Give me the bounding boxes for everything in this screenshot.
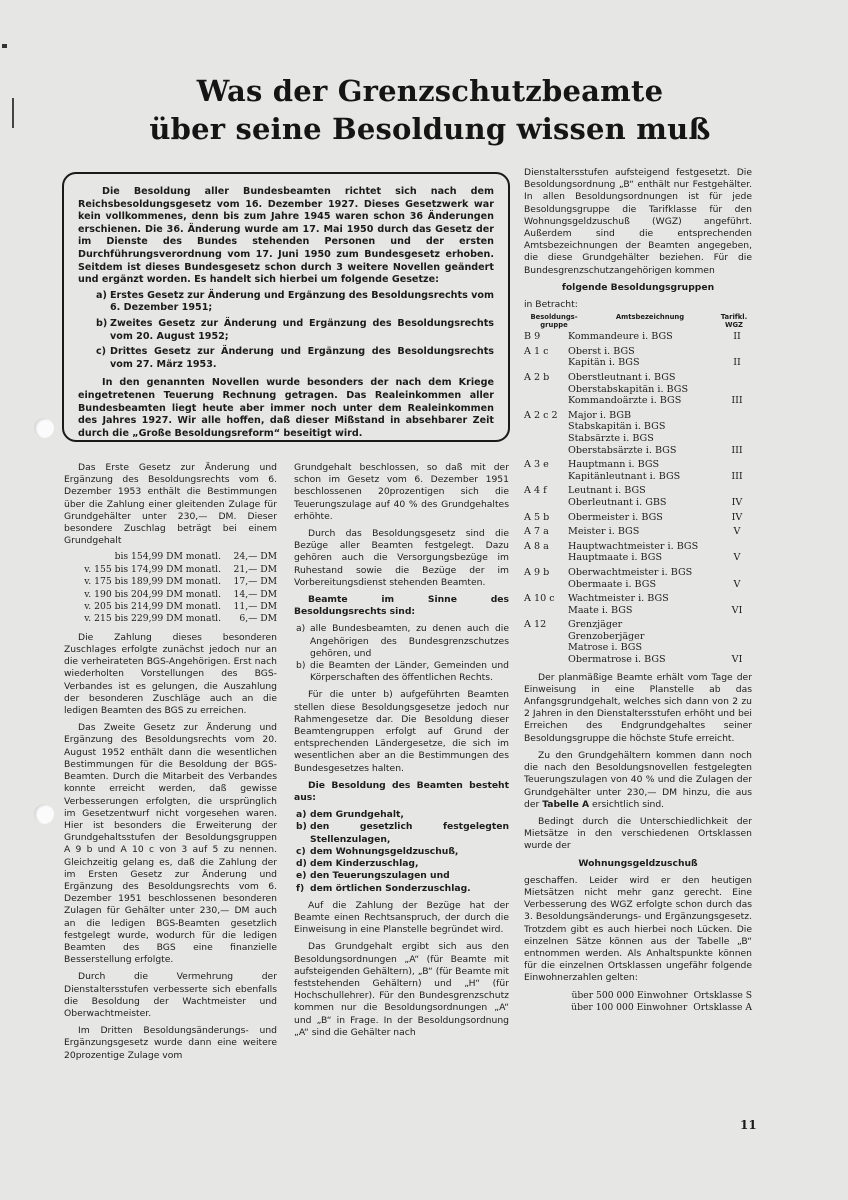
grade-title: Oberleutnant i. GBS [568, 497, 722, 509]
grades-table: B 9 Kommandeure i. BGS II A 1 c Oberst i… [524, 331, 752, 665]
title-line-2: über seine Besoldung wissen muß [140, 110, 720, 148]
groups-intro: in Betracht: [524, 299, 752, 311]
grade-title: Oberst i. BGS [568, 346, 722, 358]
zuschlag-range: v. 215 bis 229,99 DM monatl. [84, 613, 221, 625]
grade-titles: Leutnant i. BGSOberleutnant i. GBS [568, 485, 722, 508]
law-text: Drittes Gesetz zur Änderung und Ergänzun… [110, 346, 494, 371]
law-text: Zweites Gesetz zur Änderung und Ergänzun… [110, 318, 494, 343]
zuschlag-amount: 17,— DM [221, 576, 277, 588]
beamte-list: a)alle Bundesbeamten, zu denen auch die … [294, 623, 509, 684]
besoldung-heading: Die Besoldung des Beamten besteht aus: [294, 780, 509, 804]
grade-row: B 9 Kommandeure i. BGS II [524, 331, 752, 343]
list-text: den Teuerungszulagen und [310, 870, 509, 882]
grade-titles: Meister i. BGS [568, 526, 722, 538]
ortsklasse-row: über 500 000 EinwohnerOrtsklasse S [524, 990, 752, 1003]
grade-group: A 2 b [524, 372, 568, 407]
grade-row: A 7 a Meister i. BGS V [524, 526, 752, 538]
grade-row: A 12 GrenzjägerGrenzoberjägerMatrose i. … [524, 619, 752, 665]
law-item: b) Zweites Gesetz zur Änderung und Ergän… [96, 318, 494, 343]
list-text: dem örtlichen Sonderzuschlag. [310, 883, 509, 895]
grade-title: Grenzjäger [568, 619, 722, 631]
list-item: b)die Beamten der Länder, Gemeinden und … [294, 660, 509, 684]
besoldung-list: a)dem Grundgehalt, b)den gesetzlich fest… [294, 809, 509, 894]
grade-wgz: IV [722, 512, 752, 524]
paragraph: Durch das Besoldungsgesetz sind die Bezü… [294, 528, 509, 589]
zuschlag-amount: 14,— DM [221, 589, 277, 601]
grade-row: A 8 a Hauptwachtmeister i. BGSHauptmaate… [524, 541, 752, 564]
beamte-heading: Beamte im Sinne des Besoldungsrechts sin… [294, 594, 509, 618]
grade-wgz: V [722, 526, 752, 538]
zuschlag-amount: 21,— DM [221, 564, 277, 576]
paragraph: Durch die Vermehrung der Dienstaltersstu… [64, 971, 277, 1020]
list-key: f) [294, 883, 310, 895]
ortsklasse: Ortsklasse A [693, 1002, 752, 1015]
document-page: Was der Grenzschutzbeamte über seine Bes… [0, 0, 848, 1200]
grade-title: Kommandoärzte i. BGS [568, 395, 722, 407]
grade-title: Kapitän i. BGS [568, 357, 722, 369]
scan-mark [12, 98, 14, 128]
wgz-heading: Wohnungsgeldzuschuß [524, 858, 752, 870]
grade-titles: Hauptmann i. BGSKapitänleutnant i. BGS [568, 459, 722, 482]
grade-title: Obermeister i. BGS [568, 512, 722, 524]
list-text: dem Grundgehalt, [310, 809, 509, 821]
list-key: a) [294, 809, 310, 821]
grade-title: Stabsärzte i. BGS [568, 433, 722, 445]
zuschlag-row: v. 155 bis 174,99 DM monatl.21,— DM [64, 564, 277, 576]
grade-row: A 4 f Leutnant i. BGSOberleutnant i. GBS… [524, 485, 752, 508]
zuschlag-range: v. 175 bis 189,99 DM monatl. [84, 576, 221, 588]
paragraph: Im Dritten Besoldungsänderungs- und Ergä… [64, 1025, 277, 1062]
law-item: a) Erstes Gesetz zur Änderung und Ergänz… [96, 290, 494, 315]
zuschlag-amount: 11,— DM [221, 601, 277, 613]
ortsklassen-list: über 500 000 EinwohnerOrtsklasse S über … [524, 990, 752, 1015]
list-text: die Beamten der Länder, Gemeinden und Kö… [310, 660, 509, 684]
grade-titles: Oberst i. BGSKapitän i. BGS [568, 346, 722, 369]
grade-title: Wachtmeister i. BGS [568, 593, 722, 605]
grade-title: Leutnant i. BGS [568, 485, 722, 497]
grade-title: Hauptmann i. BGS [568, 459, 722, 471]
zuschlag-range: bis 154,99 DM monatl. [115, 551, 221, 563]
grade-row: A 3 e Hauptmann i. BGSKapitänleutnant i.… [524, 459, 752, 482]
list-key: e) [294, 870, 310, 882]
grade-title: Stabskapitän i. BGS [568, 421, 722, 433]
grade-group: A 4 f [524, 485, 568, 508]
paragraph: Das Erste Gesetz zur Änderung und Ergänz… [64, 462, 277, 547]
list-text: alle Bundesbeamten, zu denen auch die An… [310, 623, 509, 660]
grade-wgz: II [722, 357, 752, 369]
grade-wgz: III [722, 395, 752, 407]
grade-group: A 5 b [524, 512, 568, 524]
grade-title: Kapitänleutnant i. BGS [568, 471, 722, 483]
grade-title: Oberstabsärzte i. BGS [568, 445, 722, 457]
grade-titles: Obermeister i. BGS [568, 512, 722, 524]
ortsklasse: Ortsklasse S [694, 990, 752, 1003]
grade-titles: Wachtmeister i. BGSMaate i. BGS [568, 593, 722, 616]
paragraph: Die Zahlung dieses besonderen Zuschlages… [64, 632, 277, 717]
grade-title: Obermaate i. BGS [568, 579, 722, 591]
grade-title: Obermatrose i. BGS [568, 654, 722, 666]
grade-title: Oberwachtmeister i. BGS [568, 567, 722, 579]
population: über 100 000 Einwohner [571, 1002, 687, 1015]
paragraph: Bedingt durch die Unterschiedlichkeit de… [524, 816, 752, 853]
intro-closing-paragraph: In den genannten Novellen wurde besonder… [78, 377, 494, 440]
zuschlag-range: v. 205 bis 214,99 DM monatl. [84, 601, 221, 613]
list-item: e)den Teuerungszulagen und [294, 870, 509, 882]
grade-wgz: V [722, 552, 752, 564]
list-key: c) [294, 846, 310, 858]
grade-row: A 1 c Oberst i. BGSKapitän i. BGS II [524, 346, 752, 369]
paragraph: Das Grundgehalt ergibt sich aus den Beso… [294, 941, 509, 1039]
zuschlag-amount: 24,— DM [221, 551, 277, 563]
groups-heading: folgende Besoldungsgruppen [524, 282, 752, 294]
paragraph: Das Zweite Gesetz zur Änderung und Ergän… [64, 722, 277, 966]
grade-row: A 2 b Oberstleutnant i. BGSOberstabskapi… [524, 372, 752, 407]
grade-titles: Kommandeure i. BGS [568, 331, 722, 343]
paragraph: Auf die Zahlung der Bezüge hat der Beamt… [294, 900, 509, 937]
column-middle: Grundgehalt beschlossen, so daß mit der … [294, 462, 509, 1044]
paragraph: Zu den Grundgehältern kommen dann noch d… [524, 750, 752, 811]
law-key: b) [96, 318, 110, 343]
paragraph: Für die unter b) aufgeführten Beamten st… [294, 689, 509, 774]
column-right: Dienstaltersstufen aufsteigend festgeset… [524, 167, 752, 1015]
grade-group: A 3 e [524, 459, 568, 482]
list-text: dem Wohnungsgeldzuschuß, [310, 846, 509, 858]
list-text: dem Kinderzuschlag, [310, 858, 509, 870]
grade-group: A 2 c 2 [524, 410, 568, 456]
grade-row: A 10 c Wachtmeister i. BGSMaate i. BGS V… [524, 593, 752, 616]
grade-title: Hauptwachtmeister i. BGS [568, 541, 722, 553]
grade-title: Kommandeure i. BGS [568, 331, 722, 343]
grade-group: A 10 c [524, 593, 568, 616]
zuschlag-row: v. 190 bis 204,99 DM monatl.14,— DM [64, 589, 277, 601]
grade-wgz: III [722, 445, 752, 457]
grade-wgz: III [722, 471, 752, 483]
law-text: Erstes Gesetz zur Änderung und Ergänzung… [110, 290, 494, 315]
grade-wgz: IV [722, 497, 752, 509]
list-item: d)dem Kinderzuschlag, [294, 858, 509, 870]
grade-title: Oberstabskapitän i. BGS [568, 384, 722, 396]
header-title: Amtsbezeichnung [584, 313, 716, 329]
grade-row: A 5 b Obermeister i. BGS IV [524, 512, 752, 524]
column-left: Das Erste Gesetz zur Änderung und Ergänz… [64, 462, 277, 1067]
list-item: a)dem Grundgehalt, [294, 809, 509, 821]
grade-row: A 9 b Oberwachtmeister i. BGSObermaate i… [524, 567, 752, 590]
grade-group: A 9 b [524, 567, 568, 590]
grade-title: Major i. BGB [568, 410, 722, 422]
paragraph: Grundgehalt beschlossen, so daß mit der … [294, 462, 509, 523]
grade-title: Matrose i. BGS [568, 642, 722, 654]
population: über 500 000 Einwohner [572, 990, 688, 1003]
grade-title: Grenzoberjäger [568, 631, 722, 643]
law-key: a) [96, 290, 110, 315]
list-item: b)den gesetzlich festgelegten Stellenzul… [294, 821, 509, 845]
grade-titles: Oberwachtmeister i. BGSObermaate i. BGS [568, 567, 722, 590]
zuschlag-row: v. 205 bis 214,99 DM monatl.11,— DM [64, 601, 277, 613]
grade-wgz: VI [722, 605, 752, 617]
zuschlag-range: v. 190 bis 204,99 DM monatl. [84, 589, 221, 601]
grade-wgz: VI [722, 654, 752, 666]
page-number: 11 [740, 1118, 757, 1132]
grade-wgz: II [722, 331, 752, 343]
zuschlag-range: v. 155 bis 174,99 DM monatl. [84, 564, 221, 576]
header-group: Besoldungs-gruppe [524, 313, 584, 329]
intro-paragraph: Die Besoldung aller Bundesbeamten richte… [78, 186, 494, 287]
grade-title: Meister i. BGS [568, 526, 722, 538]
zuschlag-table: bis 154,99 DM monatl.24,— DM v. 155 bis … [64, 551, 277, 625]
paragraph: Dienstaltersstufen aufsteigend festgeset… [524, 167, 752, 277]
grade-group: A 7 a [524, 526, 568, 538]
grade-titles: Oberstleutnant i. BGSOberstabskapitän i.… [568, 372, 722, 407]
grade-title: Hauptmaate i. BGS [568, 552, 722, 564]
law-key: c) [96, 346, 110, 371]
list-key: a) [294, 623, 310, 660]
list-item: f)dem örtlichen Sonderzuschlag. [294, 883, 509, 895]
scan-mark [2, 44, 7, 48]
grade-title: Oberstleutnant i. BGS [568, 372, 722, 384]
paragraph: Der planmäßige Beamte erhält vom Tage de… [524, 672, 752, 745]
title-line-1: Was der Grenzschutzbeamte [140, 72, 720, 110]
zuschlag-row: v. 215 bis 229,99 DM monatl.6,— DM [64, 613, 277, 625]
list-key: d) [294, 858, 310, 870]
page-title: Was der Grenzschutzbeamte über seine Bes… [140, 72, 720, 148]
list-key: b) [294, 821, 310, 845]
list-item: c)dem Wohnungsgeldzuschuß, [294, 846, 509, 858]
list-key: b) [294, 660, 310, 684]
punch-hole-bottom [34, 804, 54, 824]
punch-hole-top [34, 418, 54, 438]
grade-wgz: V [722, 579, 752, 591]
intro-box: Die Besoldung aller Bundesbeamten richte… [62, 172, 510, 442]
grade-group: B 9 [524, 331, 568, 343]
zuschlag-row: bis 154,99 DM monatl.24,— DM [64, 551, 277, 563]
table-a-reference: Tabelle A [542, 799, 589, 810]
grade-group: A 8 a [524, 541, 568, 564]
grade-titles: Major i. BGBStabskapitän i. BGSStabsärzt… [568, 410, 722, 456]
law-item: c) Drittes Gesetz zur Änderung und Ergän… [96, 346, 494, 371]
grade-titles: Hauptwachtmeister i. BGSHauptmaate i. BG… [568, 541, 722, 564]
grades-table-header: Besoldungs-gruppe Amtsbezeichnung Tarifk… [524, 313, 752, 329]
list-item: a)alle Bundesbeamten, zu denen auch die … [294, 623, 509, 660]
grade-titles: GrenzjägerGrenzoberjägerMatrose i. BGSOb… [568, 619, 722, 665]
grade-group: A 12 [524, 619, 568, 665]
header-wgz: Tarifkl. WGZ [716, 313, 752, 329]
paragraph-text: ersichtlich sind. [592, 799, 664, 810]
ortsklasse-row: über 100 000 EinwohnerOrtsklasse A [524, 1002, 752, 1015]
zuschlag-amount: 6,— DM [221, 613, 277, 625]
list-text: den gesetzlich festgelegten Stellenzulag… [310, 821, 509, 845]
grade-row: A 2 c 2 Major i. BGBStabskapitän i. BGSS… [524, 410, 752, 456]
grade-title: Maate i. BGS [568, 605, 722, 617]
paragraph: geschaffen. Leider wird er den heutigen … [524, 875, 752, 985]
grade-group: A 1 c [524, 346, 568, 369]
zuschlag-row: v. 175 bis 189,99 DM monatl.17,— DM [64, 576, 277, 588]
